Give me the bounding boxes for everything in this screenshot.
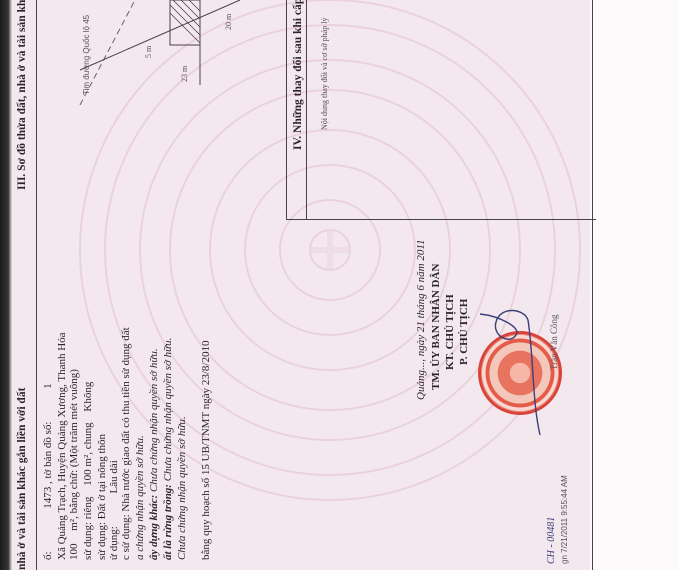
signing-role-1: KT. CHỦ TỊCH <box>444 294 457 370</box>
signature-scribble-icon <box>470 300 560 440</box>
parcel-number-line: ố: 1473 , tờ bản đồ số: 1 <box>42 383 55 560</box>
section-4-column-header: Nội dung thay đổi và cơ sở pháp lý <box>318 18 331 130</box>
usage-form-line: sử dụng: riêng 100 m², chung Không <box>82 382 95 560</box>
dimension-width: 5 m <box>142 46 155 58</box>
document-photo: III. Sơ đồ thửa đất, nhà ở và tài sản kh… <box>0 0 679 570</box>
section-3-title: III. Sơ đồ thửa đất, nhà ở và tài sản kh… <box>16 0 29 190</box>
signing-org: TM. ỦY BAN NHÂN DÂN <box>430 264 443 390</box>
section-4-frame <box>286 0 287 220</box>
road-label: Tim đường Quốc lộ 45 <box>80 15 93 95</box>
origin-line: c sử dụng: Nhà nước giao đất có thu tiền… <box>120 327 133 560</box>
perennial-tree-line: Chưa chứng nhận quyền sở hữu. <box>176 416 189 560</box>
section-3-title-continued: nhà ở và tài sản khác gắn liền với đất <box>16 388 29 570</box>
other-construction-line: ây dựng khác: Chưa chứng nhận quyền sở h… <box>148 348 161 560</box>
dimension-right: 20 m <box>222 14 235 30</box>
signing-date: Quảng..., ngày 21 tháng 6 năm 2011 <box>415 239 428 400</box>
planted-forest-line: ất là rừng trồng: Chưa chứng nhận quyền … <box>162 338 175 560</box>
signer-name: Trần Văn Công <box>548 314 561 370</box>
rotated-certificate-page: III. Sơ đồ thửa đất, nhà ở và tài sản kh… <box>0 0 600 570</box>
planning-decision-line: bằng quy hoạch số 15 UB/TNMT ngày 23/8/2… <box>200 341 213 560</box>
certificate-code: CH - 00481 <box>545 517 558 564</box>
area-line: 100 m², bằng chữ: (Một trăm mét vuông) <box>68 369 81 560</box>
print-timestamp: gn 7/21/2011 9:55:44 AM <box>558 475 571 564</box>
section-4-frame <box>286 219 596 220</box>
dimension-left: 23 m <box>178 66 191 82</box>
frame-line <box>592 0 593 570</box>
house-ownership-line: a chứng nhận quyền sở hữu. <box>134 435 147 560</box>
section-4-title: IV. Những thay đổi sau khi cấp <box>292 0 305 150</box>
frame-line <box>36 0 37 570</box>
section-4-frame <box>306 0 307 220</box>
